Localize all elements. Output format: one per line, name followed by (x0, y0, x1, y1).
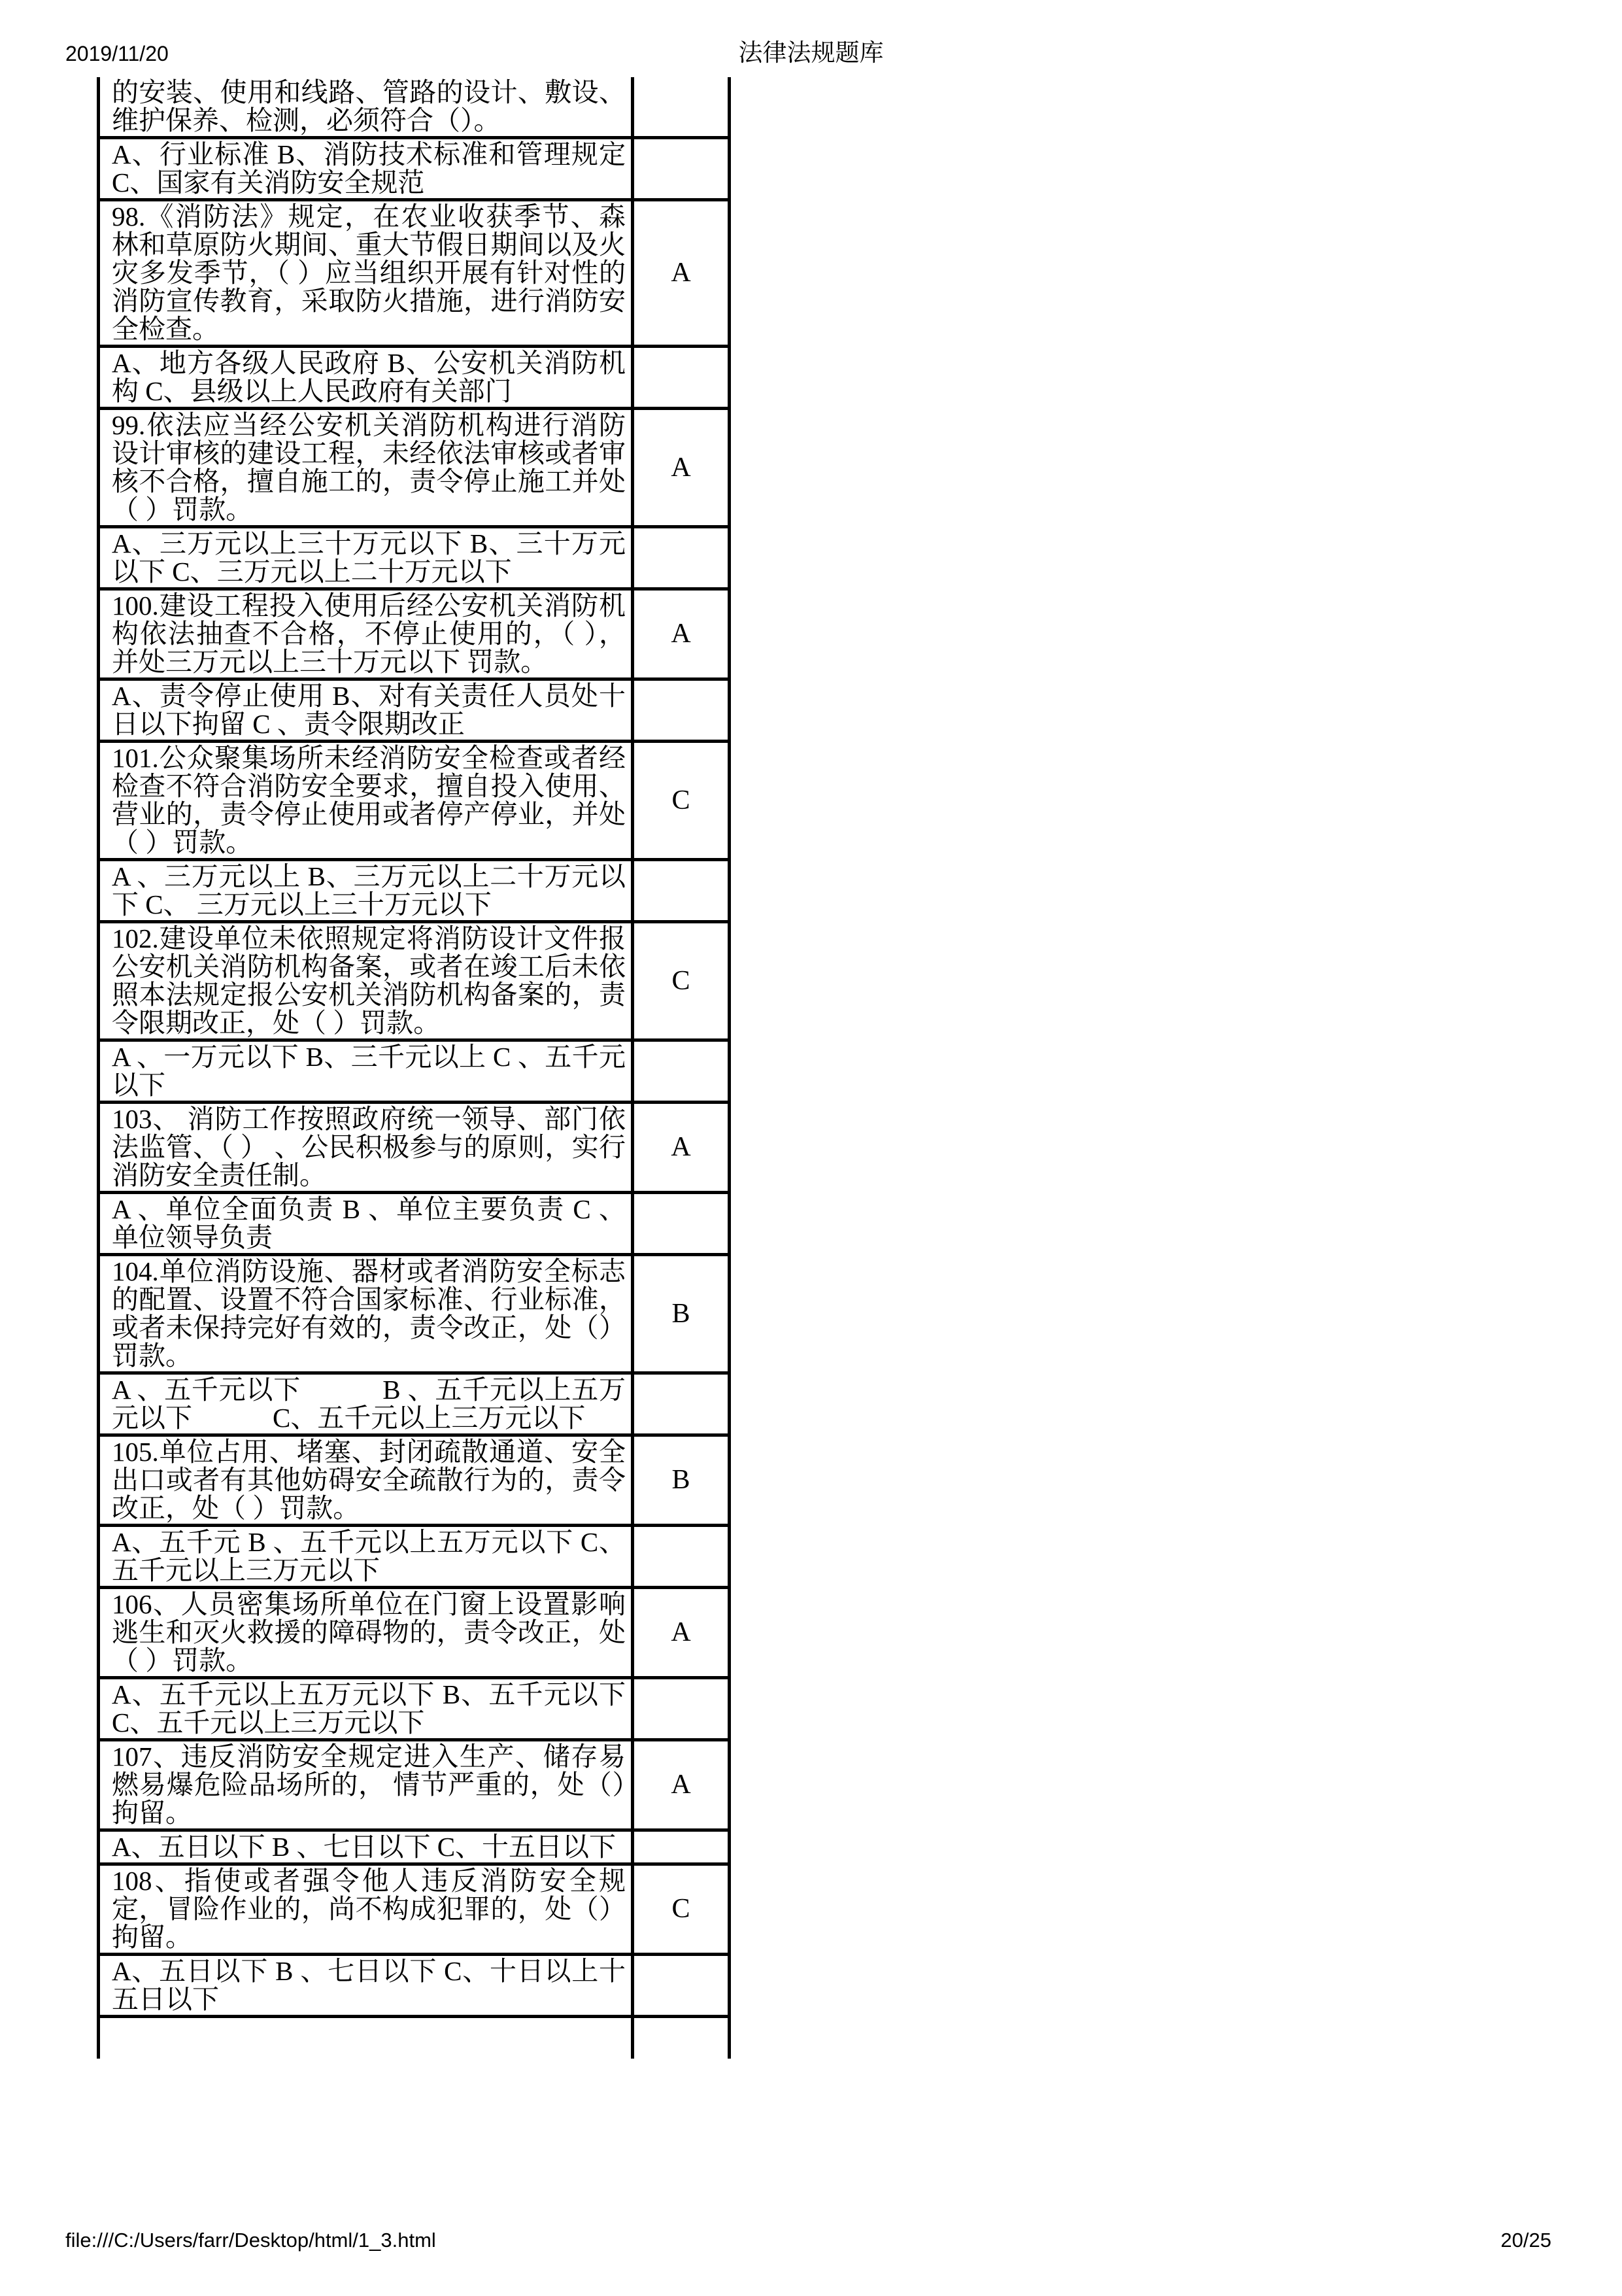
question-table: 的安装、使用和线路、管路的设计、敷设、维护保养、检测，必须符合（）。A、行业标准… (97, 77, 731, 2059)
question-cell: 103、 消防工作按照政府统一领导、部门依法监管、（ ） 、公民积极参与的原则，… (99, 1103, 633, 1193)
table-row-question: 101.公众聚集场所未经消防安全检查或者经检查不符合消防安全要求，擅自投入使用、… (99, 742, 730, 860)
answer-cell (633, 1678, 730, 1740)
table-row-options: A、五千元以上五万元以下 B、五千元以下 C、五千元以上三万元以下 (99, 1678, 730, 1740)
answer-cell (633, 1830, 730, 1864)
answer-cell: C (633, 922, 730, 1040)
table-row-options: A 、五千元以下 B 、五千元以上五万元以下 C、五千元以上三万元以下 (99, 1373, 730, 1435)
answer-cell: A (633, 200, 730, 347)
table-row-question: 106、人员密集场所单位在门窗上设置影响逃生和灭火救援的障碍物的，责令改正，处（… (99, 1588, 730, 1678)
answer-cell (633, 1955, 730, 2017)
table-row-question: 的安装、使用和线路、管路的设计、敷设、维护保养、检测，必须符合（）。 (99, 77, 730, 138)
print-page: 2019/11/20 法律法规题库 的安装、使用和线路、管路的设计、敷设、维护保… (0, 0, 1622, 2296)
footer-file-url: file:///C:/Users/farr/Desktop/html/1_3.h… (65, 2229, 436, 2252)
table-row-options: A、三万元以上三十万元以下 B、三十万元以下 C、三万元以上二十万元以下 (99, 527, 730, 589)
answer-cell (633, 527, 730, 589)
table-row-options: A、地方各级人民政府 B、公安机关消防机构 C、县级以上人民政府有关部门 (99, 347, 730, 409)
answer-cell (633, 138, 730, 200)
question-cell: 101.公众聚集场所未经消防安全检查或者经检查不符合消防安全要求，擅自投入使用、… (99, 742, 633, 860)
question-table-container: 的安装、使用和线路、管路的设计、敷设、维护保养、检测，必须符合（）。A、行业标准… (97, 77, 734, 2218)
options-cell: A、责令停止使用 B、对有关责任人员处十日以下拘留 C 、责令限期改正 (99, 679, 633, 742)
options-cell: A 、五千元以下 B 、五千元以上五万元以下 C、五千元以上三万元以下 (99, 1373, 633, 1435)
question-cell: 98.《消防法》规定，在农业收获季节、森林和草原防火期间、重大节假日期间以及火灾… (99, 200, 633, 347)
answer-cell: B (633, 1435, 730, 1526)
answer-cell (633, 679, 730, 742)
options-cell: A、五日以下 B 、七日以下 C、十五日以下 (99, 1830, 633, 1864)
answer-cell (633, 860, 730, 922)
question-cell: 104.单位消防设施、器材或者消防安全标志的配置、设置不符合国家标准、行业标准，… (99, 1255, 633, 1373)
answer-cell (633, 1193, 730, 1255)
question-cell: 106、人员密集场所单位在门窗上设置影响逃生和灭火救援的障碍物的，责令改正，处（… (99, 1588, 633, 1678)
answer-cell: A (633, 1588, 730, 1678)
answer-cell: A (633, 589, 730, 679)
table-row-options: A、责令停止使用 B、对有关责任人员处十日以下拘留 C 、责令限期改正 (99, 679, 730, 742)
table-row-question: 100.建设工程投入使用后经公安机关消防机构依法抽查不合格，不停止使用的，（ ）… (99, 589, 730, 679)
options-cell: A、五千元以上五万元以下 B、五千元以下 C、五千元以上三万元以下 (99, 1678, 633, 1740)
table-row-question: 105.单位占用、堵塞、封闭疏散通道、安全出口或者有其他妨碍安全疏散行为的，责令… (99, 1435, 730, 1526)
question-cell: 的安装、使用和线路、管路的设计、敷设、维护保养、检测，必须符合（）。 (99, 77, 633, 138)
table-row-options: A 、一万元以下 B、三千元以上 C 、五千元以下 (99, 1040, 730, 1103)
options-cell: A 、三万元以上 B、三万元以上二十万元以下 C、 三万元以上三十万元以下 (99, 860, 633, 922)
question-cell: 102.建设单位未依照规定将消防设计文件报公安机关消防机构备案，或者在竣工后未依… (99, 922, 633, 1040)
question-cell: 108、指使或者强令他人违反消防安全规定，冒险作业的，尚不构成犯罪的，处（）拘留… (99, 1864, 633, 1955)
table-row-question: 107、违反消防安全规定进入生产、储存易燃易爆危险品场所的， 情节严重的，处（）… (99, 1740, 730, 1830)
answer-cell (633, 347, 730, 409)
table-row-options: A 、三万元以上 B、三万元以上二十万元以下 C、 三万元以上三十万元以下 (99, 860, 730, 922)
table-row-question: 98.《消防法》规定，在农业收获季节、森林和草原防火期间、重大节假日期间以及火灾… (99, 200, 730, 347)
table-row-options: A 、单位全面负责 B 、单位主要负责 C 、单位领导负责 (99, 1193, 730, 1255)
answer-cell: B (633, 1255, 730, 1373)
question-cell: 105.单位占用、堵塞、封闭疏散通道、安全出口或者有其他妨碍安全疏散行为的，责令… (99, 1435, 633, 1526)
table-row-question: 99.依法应当经公安机关消防机构进行消防设计审核的建设工程，未经依法审核或者审核… (99, 409, 730, 527)
table-row-question: 108、指使或者强令他人违反消防安全规定，冒险作业的，尚不构成犯罪的，处（）拘留… (99, 1864, 730, 1955)
answer-cell: A (633, 1103, 730, 1193)
footer-page-indicator: 20/25 (1500, 2229, 1551, 2252)
options-cell: A、行业标准 B、消防技术标准和管理规定 C、国家有关消防安全规范 (99, 138, 633, 200)
answer-cell: A (633, 1740, 730, 1830)
table-row-question: 102.建设单位未依照规定将消防设计文件报公安机关消防机构备案，或者在竣工后未依… (99, 922, 730, 1040)
answer-cell (633, 77, 730, 138)
table-row-question: 104.单位消防设施、器材或者消防安全标志的配置、设置不符合国家标准、行业标准，… (99, 1255, 730, 1373)
table-row-options: A、行业标准 B、消防技术标准和管理规定 C、国家有关消防安全规范 (99, 138, 730, 200)
question-cell: 100.建设工程投入使用后经公安机关消防机构依法抽查不合格，不停止使用的，（ ）… (99, 589, 633, 679)
table-row-partial (99, 2017, 730, 2059)
options-cell: A 、单位全面负责 B 、单位主要负责 C 、单位领导负责 (99, 1193, 633, 1255)
answer-cell: C (633, 742, 730, 860)
answer-cell: A (633, 409, 730, 527)
answer-cell (633, 1373, 730, 1435)
table-row-options: A、五日以下 B 、七日以下 C、十五日以下 (99, 1830, 730, 1864)
options-cell: A 、一万元以下 B、三千元以上 C 、五千元以下 (99, 1040, 633, 1103)
options-cell: A、三万元以上三十万元以下 B、三十万元以下 C、三万元以上二十万元以下 (99, 527, 633, 589)
table-row-question: 103、 消防工作按照政府统一领导、部门依法监管、（ ） 、公民积极参与的原则，… (99, 1103, 730, 1193)
options-cell: A、五千元 B 、五千元以上五万元以下 C、五千元以上三万元以下 (99, 1526, 633, 1588)
answer-cell (633, 1526, 730, 1588)
table-row-options: A、五千元 B 、五千元以上五万元以下 C、五千元以上三万元以下 (99, 1526, 730, 1588)
options-cell: A、五日以下 B 、七日以下 C、十日以上十五日以下 (99, 1955, 633, 2017)
question-cell: 107、违反消防安全规定进入生产、储存易燃易爆危险品场所的， 情节严重的，处（）… (99, 1740, 633, 1830)
question-cell (99, 2017, 633, 2059)
answer-cell (633, 1040, 730, 1103)
question-cell: 99.依法应当经公安机关消防机构进行消防设计审核的建设工程，未经依法审核或者审核… (99, 409, 633, 527)
page-title: 法律法规题库 (0, 41, 1622, 67)
table-row-options: A、五日以下 B 、七日以下 C、十日以上十五日以下 (99, 1955, 730, 2017)
options-cell: A、地方各级人民政府 B、公安机关消防机构 C、县级以上人民政府有关部门 (99, 347, 633, 409)
question-table-body: 的安装、使用和线路、管路的设计、敷设、维护保养、检测，必须符合（）。A、行业标准… (99, 77, 730, 2059)
answer-cell (633, 2017, 730, 2059)
answer-cell: C (633, 1864, 730, 1955)
